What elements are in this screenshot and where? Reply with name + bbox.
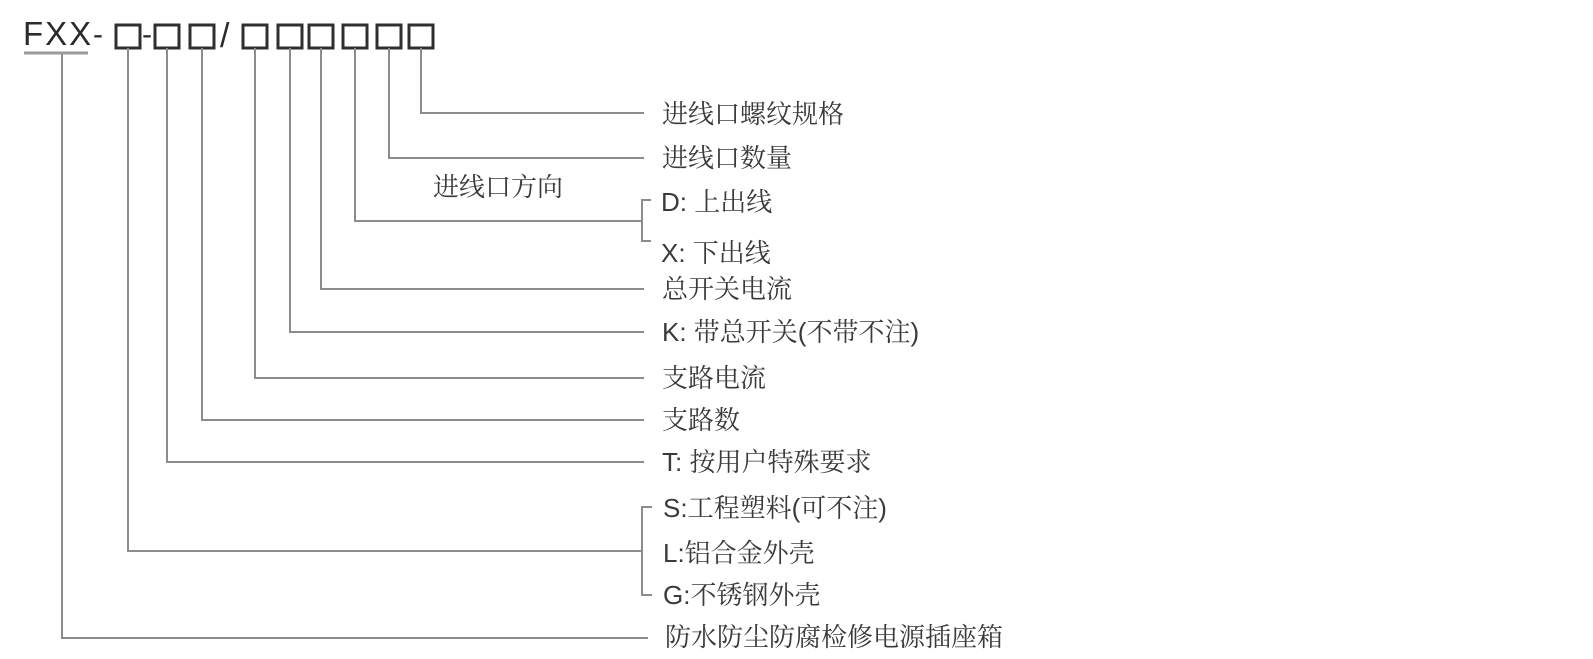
label-s-eng-plastic: S:工程塑料(可不注) <box>663 493 887 523</box>
code-box <box>343 25 367 48</box>
diagram-canvas: FXX - - / 进线口螺纹规格 进线口数量 进线口方向 D: <box>0 0 1593 659</box>
label-product-name: 防水防尘防腐检修电源插座箱 <box>665 622 1003 652</box>
connector-inlet-count <box>389 48 644 158</box>
code-box <box>243 25 267 48</box>
connector-branch-current <box>255 48 644 378</box>
label-k-main-switch: K: 带总开关(不带不注) <box>662 317 919 347</box>
connector-inlet-thread-spec <box>421 48 644 113</box>
code-box <box>278 25 302 48</box>
bracket-outlet-direction <box>642 200 651 241</box>
label-main-switch-current: 总开关电流 <box>662 274 792 304</box>
connector-shell-material <box>128 48 642 551</box>
code-separator-slash: / <box>220 17 230 55</box>
label-t-special-request: T: 按用户特殊要求 <box>662 447 871 477</box>
code-box <box>155 25 179 48</box>
code-separator-2: - <box>142 18 152 51</box>
connector-t-special-request <box>167 48 644 462</box>
code-box <box>309 25 333 48</box>
label-branch-count: 支路数 <box>662 405 740 435</box>
label-inlet-thread-spec: 进线口螺纹规格 <box>662 99 844 129</box>
bracket-shell-material <box>642 507 652 595</box>
code-box <box>377 25 401 48</box>
label-x-bottom-outlet: X: 下出线 <box>661 238 771 268</box>
label-g-stainless-shell: G:不锈钢外壳 <box>663 580 820 610</box>
label-inlet-direction: 进线口方向 <box>433 172 563 202</box>
code-box <box>409 25 433 48</box>
label-branch-current: 支路电流 <box>662 363 766 393</box>
code-box <box>116 25 140 48</box>
code-box <box>190 25 214 48</box>
connector-main-switch-current <box>321 48 644 289</box>
label-d-top-outlet: D: 上出线 <box>661 187 772 217</box>
code-prefix: FXX <box>23 15 93 52</box>
label-l-aluminum-shell: L:铝合金外壳 <box>663 538 815 568</box>
label-inlet-count: 进线口数量 <box>662 143 792 173</box>
code-separator-1: - <box>93 18 103 51</box>
connector-branch-count <box>202 48 644 420</box>
model-code-diagram: FXX - - / 进线口螺纹规格 进线口数量 进线口方向 D: <box>0 0 1593 659</box>
